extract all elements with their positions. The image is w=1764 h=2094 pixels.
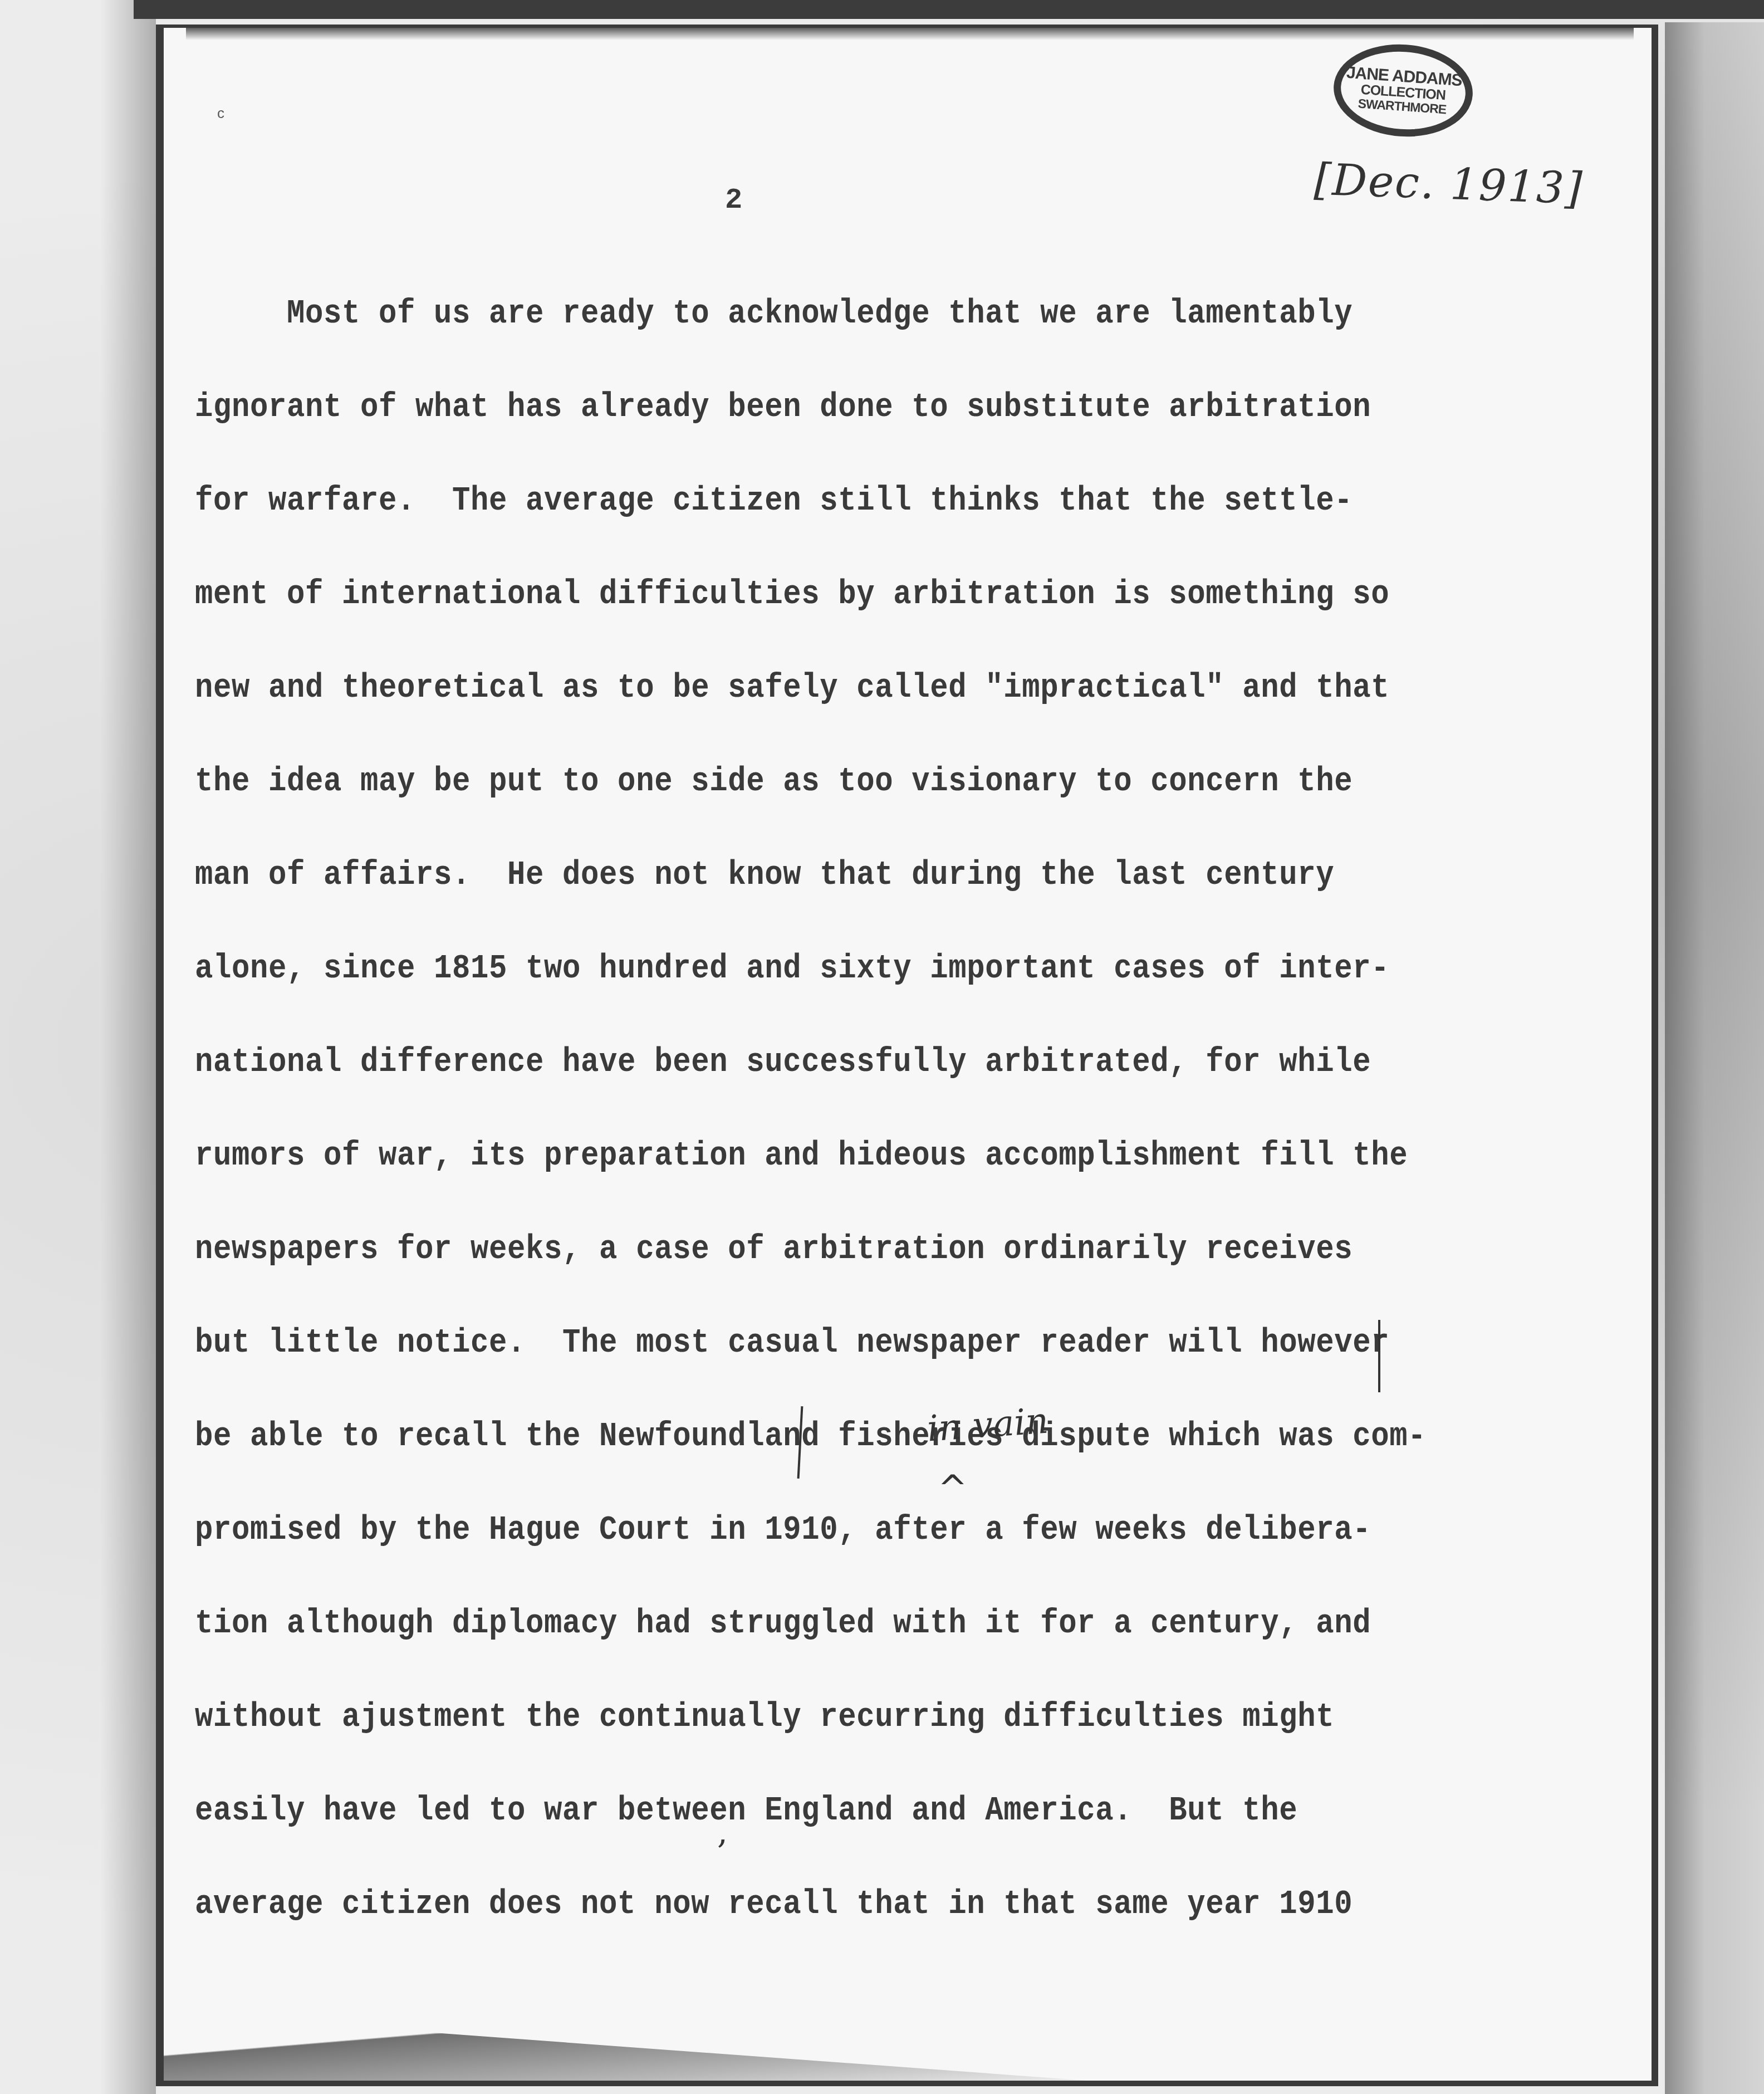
- top-edge-smudge: [186, 28, 1634, 40]
- typed-line-1: Most of us are ready to acknowledge that…: [195, 295, 1353, 333]
- right-margin-shadow: [1665, 22, 1764, 2094]
- bottom-edge-smudge: [164, 2008, 1110, 2086]
- typed-line-4: ment of international difficulties by ar…: [195, 576, 1389, 614]
- typed-line-16: without ajustment the continually recurr…: [195, 1699, 1334, 1736]
- left-margin-shadow: [100, 0, 156, 2094]
- handwritten-comma-mark-2: ,: [717, 1813, 728, 1852]
- stray-mark: c: [217, 105, 224, 122]
- typed-line-14: promised by the Hague Court in 1910, aft…: [195, 1511, 1371, 1549]
- handwritten-date: [Dec. 1913]: [1314, 155, 1584, 214]
- typed-line-15: tion although diplomacy had struggled wi…: [195, 1605, 1371, 1643]
- typed-line-6: the idea may be put to one side as too v…: [195, 763, 1353, 801]
- top-scan-band: [134, 0, 1764, 19]
- typed-line-10: rumors of war, its preparation and hideo…: [195, 1137, 1408, 1175]
- typed-line-9: national difference have been successful…: [195, 1044, 1371, 1082]
- typed-line-11: newspapers for weeks, a case of arbitrat…: [195, 1231, 1353, 1269]
- handwritten-comma-mark: ,: [663, 930, 673, 969]
- typed-line-5: new and theoretical as to be safely call…: [195, 669, 1389, 707]
- typed-line-7: man of affairs. He does not know that du…: [195, 857, 1334, 894]
- bottom-page-edge: [164, 2081, 1652, 2086]
- handwritten-insertion: in vain: [926, 1400, 1050, 1450]
- typed-line-17: easily have led to war between England a…: [195, 1792, 1297, 1830]
- typed-line-2: ignorant of what has already been done t…: [195, 389, 1371, 427]
- page-number: 2: [725, 184, 742, 217]
- typed-line-12: but little notice. The most casual newsp…: [195, 1324, 1389, 1362]
- typed-line-8: alone, since 1815 two hundred and sixty …: [195, 950, 1389, 988]
- typed-line-13: be able to recall the Newfoundland fishe…: [195, 1418, 1426, 1456]
- handwritten-word-separator: [1378, 1320, 1380, 1392]
- typed-line-3: for warfare. The average citizen still t…: [195, 482, 1353, 520]
- insertion-caret-mark: ^: [938, 1468, 968, 1509]
- typed-line-18: average citizen does not now recall that…: [195, 1886, 1353, 1924]
